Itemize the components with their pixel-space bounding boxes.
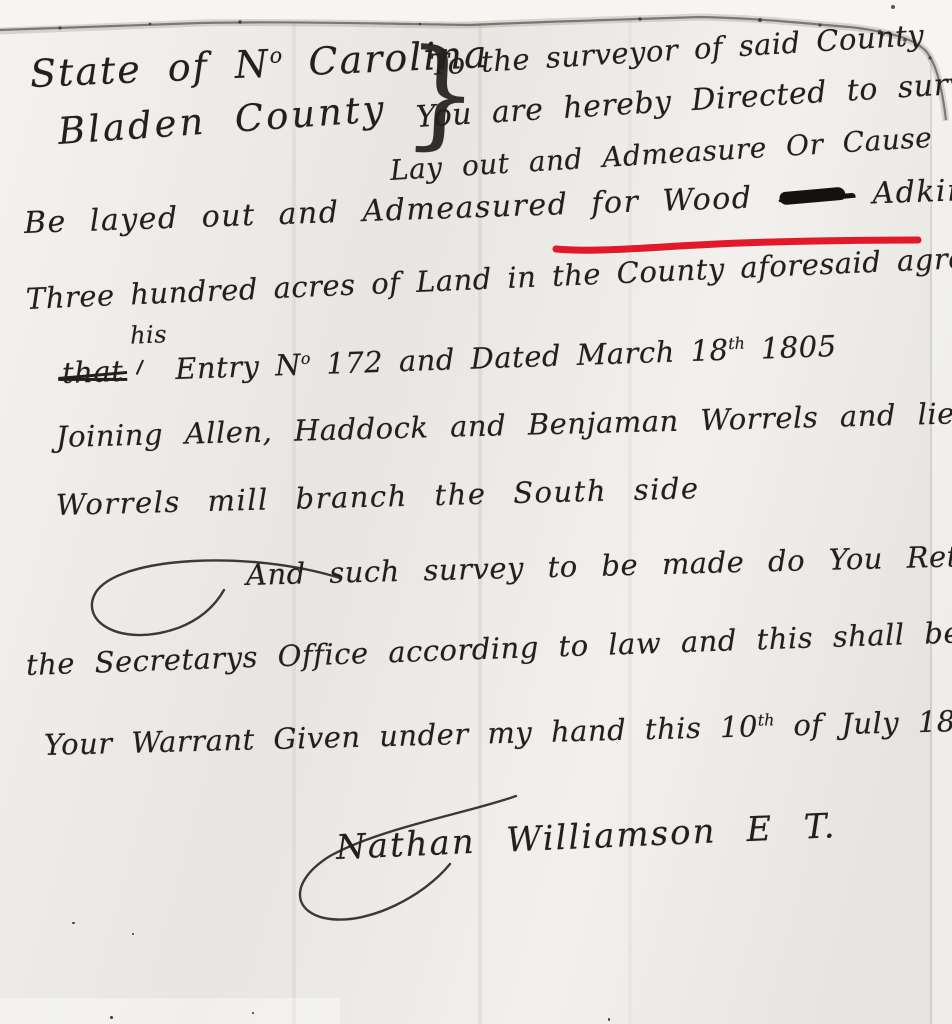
warrant-date-line: Your Warrant Given under my hand this 10… — [44, 703, 952, 762]
entry-text: 172 and Dated March 18 — [310, 333, 729, 382]
state-superscript: o — [269, 43, 283, 68]
inserted-word: his — [130, 320, 168, 349]
brace-glyph: } — [400, 22, 483, 164]
warrant-superscript: th — [758, 710, 775, 729]
joining-line: Joining Allen, Haddock and Benjaman Worr… — [56, 395, 952, 454]
signature-name: Nathan Williamson — [335, 811, 717, 868]
warrant-text: Your Warrant Given under my hand this 10 — [44, 709, 759, 762]
survey-return-line: And such survey to be made do You Return… — [246, 537, 952, 592]
ink-blot — [779, 186, 846, 205]
grant-text: Be layed out and Admeasured for — [23, 185, 640, 241]
insertion-caret — [136, 360, 144, 375]
office-line: the Secretarys Office according to law a… — [25, 615, 952, 682]
entry-line: thathisEntry No 172 and Dated March 18th… — [61, 327, 837, 390]
survey-text: And such survey to be made do You Return… — [246, 537, 952, 592]
entry-text: 1805 — [744, 329, 837, 366]
office-text: the Secretarys Office according to law a… — [25, 615, 952, 682]
signature-title: E T. — [745, 806, 837, 850]
date-superscript: th — [728, 333, 745, 353]
acreage-text: Three hundred acres of Land in the Count… — [25, 235, 952, 316]
insertion: his — [123, 350, 176, 381]
branch-text: Worrels mill branch the South side — [56, 471, 700, 522]
county-text: Bladen County — [57, 87, 388, 153]
county-heading: Bladen County — [57, 87, 388, 153]
warrant-text: of July 1805 — [774, 703, 952, 743]
scanned-document: State of No Carolina Bladen County } To … — [0, 0, 952, 1024]
acreage-line: Three hundred acres of Land in the Count… — [25, 235, 952, 316]
state-text: State of N — [29, 42, 271, 96]
branch-line: Worrels mill branch the South side — [56, 471, 700, 522]
signature: Nathan WilliamsonE T. — [335, 806, 837, 868]
grantee-first-name: Wood — [662, 181, 753, 219]
entry-text: Entry N — [175, 348, 302, 386]
struck-word: that — [61, 354, 123, 390]
handwriting-layer: State of No Carolina Bladen County } To … — [0, 0, 952, 1024]
grantee-last-name: Adkinson Hilburn — [872, 166, 952, 212]
joining-text: Joining Allen, Haddock and Benjaman Worr… — [56, 395, 952, 454]
